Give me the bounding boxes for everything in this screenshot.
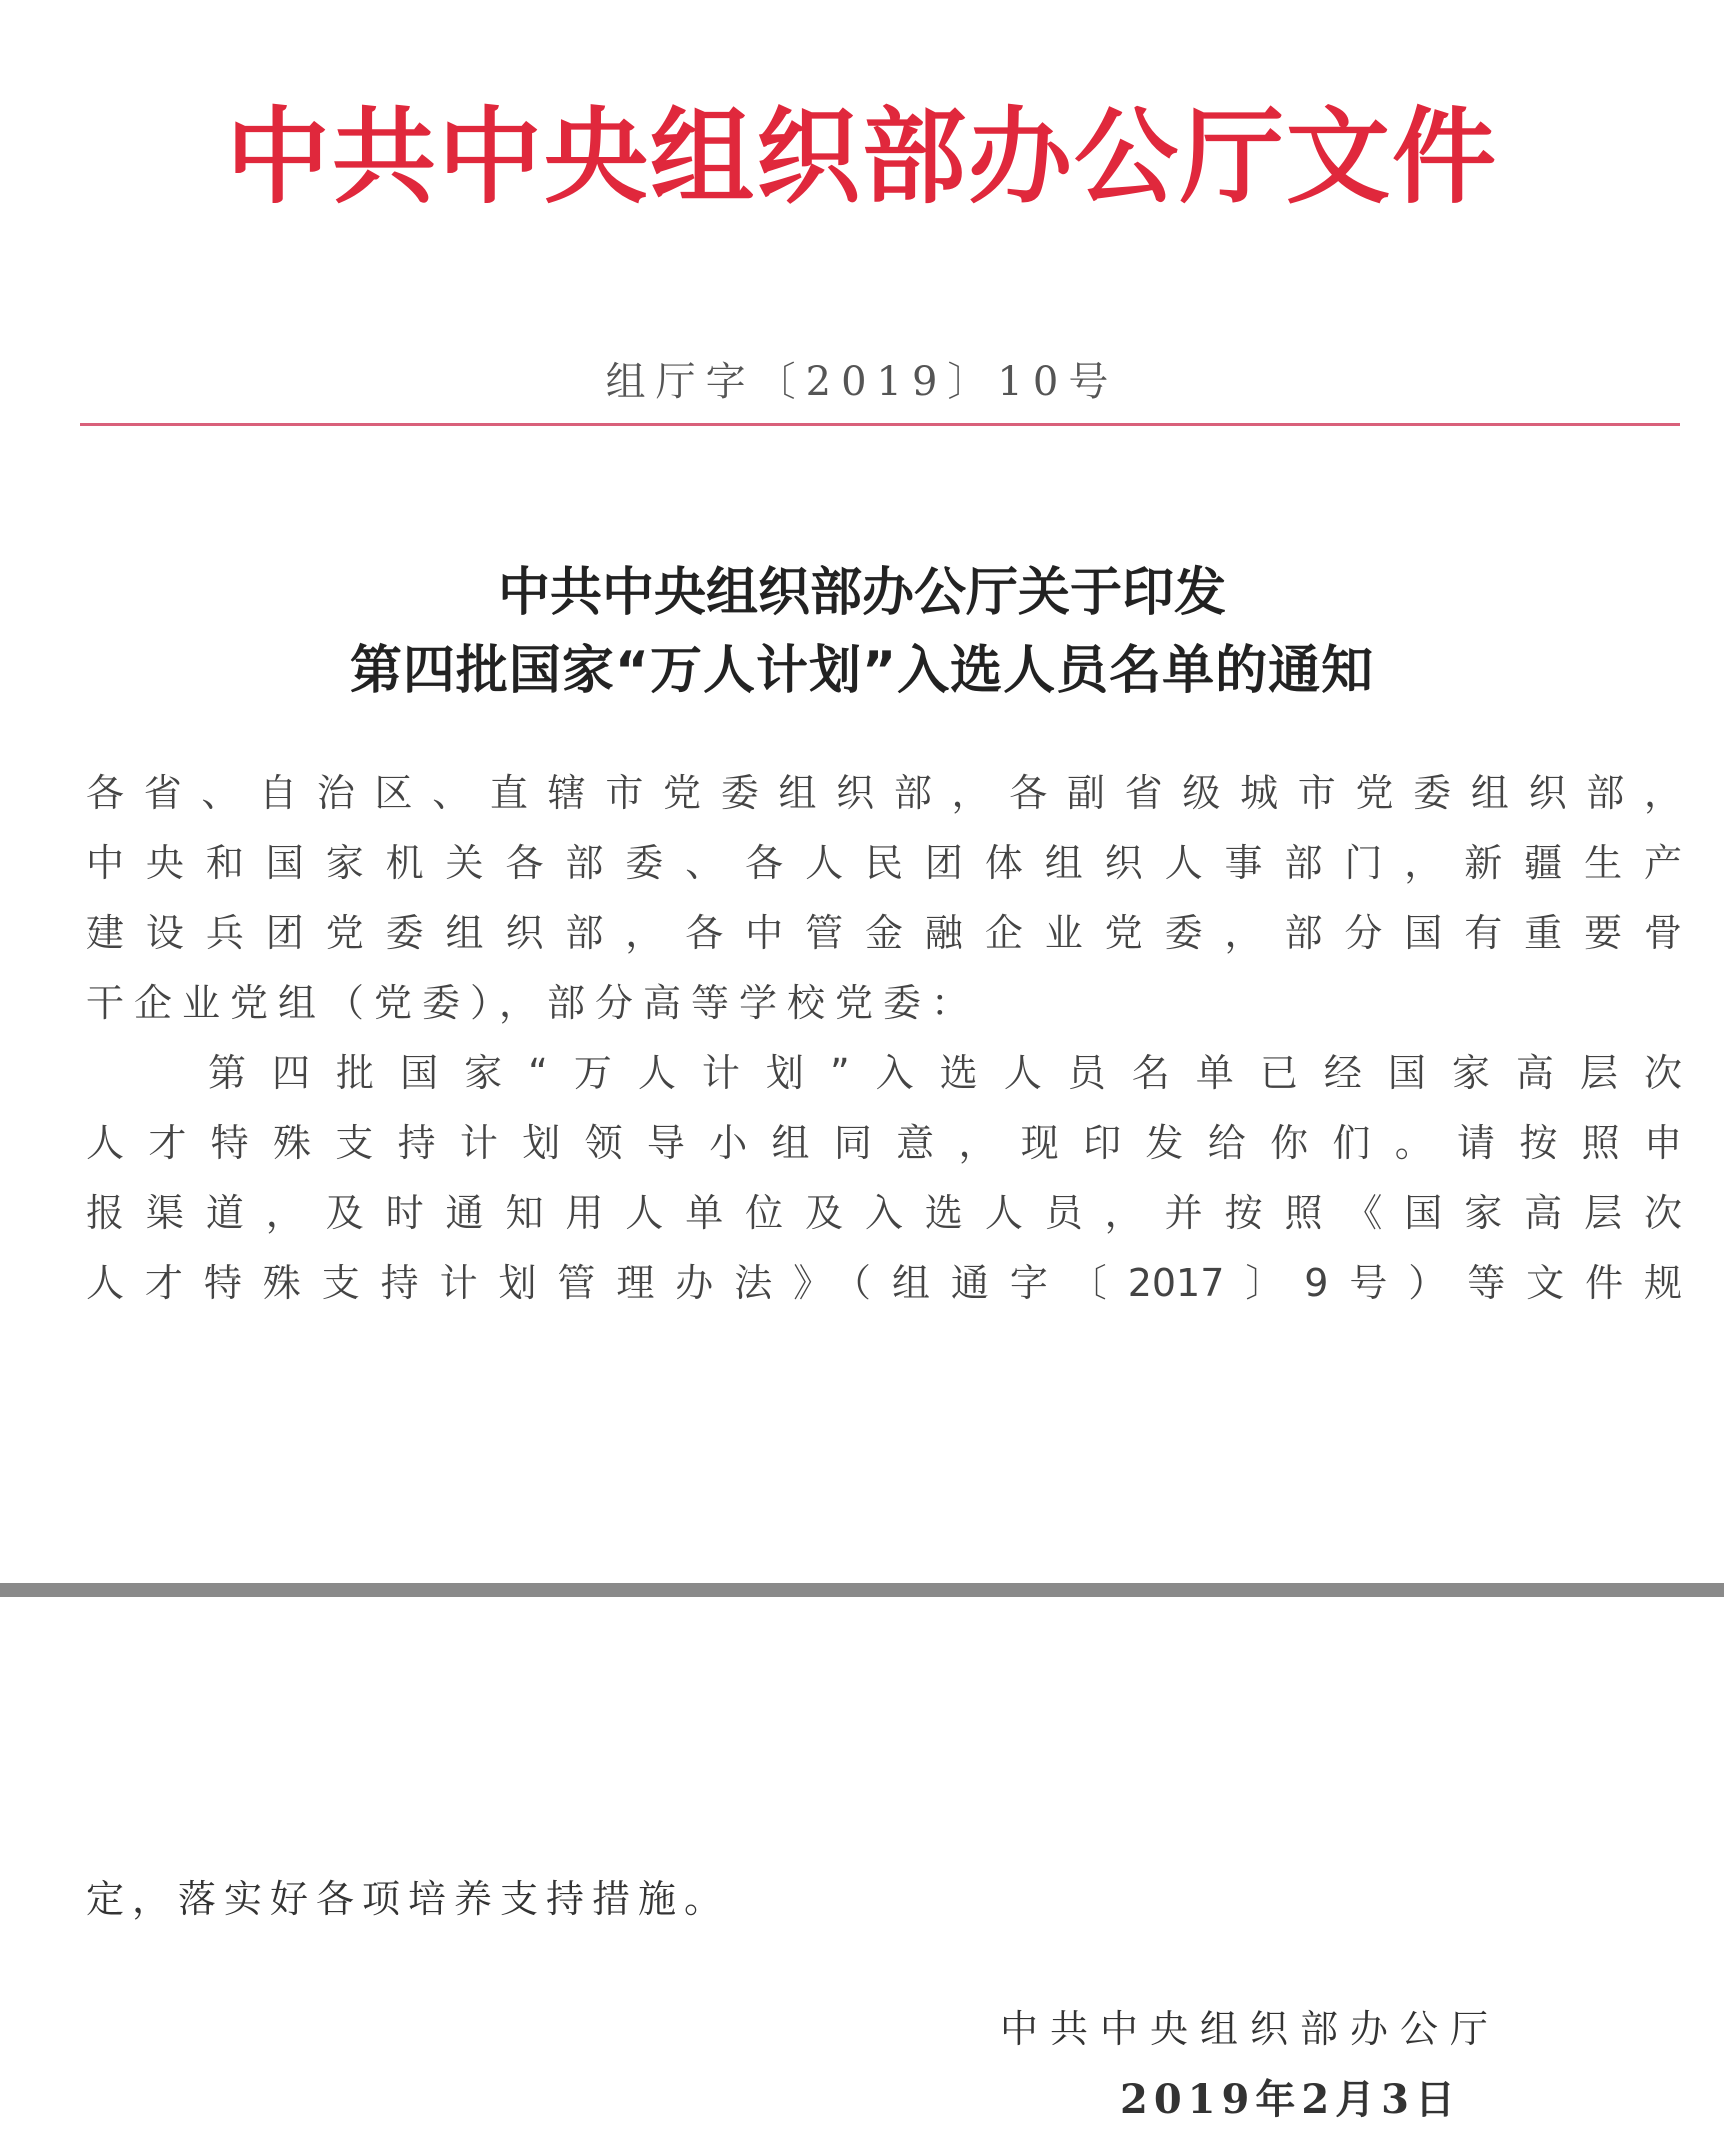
document-number: 组厅字〔2019〕10号 (0, 362, 1724, 402)
addressee-line: 各省、自治区、直辖市党委组织部，各副省级城市党委组织部， (86, 774, 1682, 812)
addressee-line: 建设兵团党委组织部，各中管金融企业党委，部分国有重要骨 (86, 914, 1682, 952)
page-break-divider (0, 1583, 1724, 1597)
body-paragraph-line: 人才特殊支持计划管理办法》（组通字〔2017〕9号）等文件规 (86, 1264, 1682, 1302)
masthead-title: 中共中央组织部办公厅文件 (0, 105, 1724, 209)
notice-title-line-2: 第四批国家“万人计划”入选人员名单的通知 (0, 645, 1724, 697)
addressee-line: 干企业党组（党委），部分高等学校党委： (86, 984, 979, 1022)
notice-title-line-1: 中共中央组织部办公厅关于印发 (0, 567, 1724, 619)
issuer-signature: 中共中央组织部办公厅 (1000, 2010, 1500, 2048)
closing-line: 定，落实好各项培养支持措施。 (86, 1880, 730, 1918)
body-paragraph-line: 报渠道，及时通知用人单位及入选人员，并按照《国家高层次 (86, 1194, 1682, 1232)
issue-date: 2019年2月3日 (1120, 2080, 1461, 2120)
addressee-line: 中央和国家机关各部委、各人民团体组织人事部门，新疆生产 (86, 844, 1682, 882)
body-paragraph-line: 第四批国家“万人计划”入选人员名单已经国家高层次 (208, 1054, 1682, 1092)
body-paragraph-line: 人才特殊支持计划领导小组同意，现印发给你们。请按照申 (86, 1124, 1682, 1162)
red-rule-divider (80, 423, 1680, 426)
